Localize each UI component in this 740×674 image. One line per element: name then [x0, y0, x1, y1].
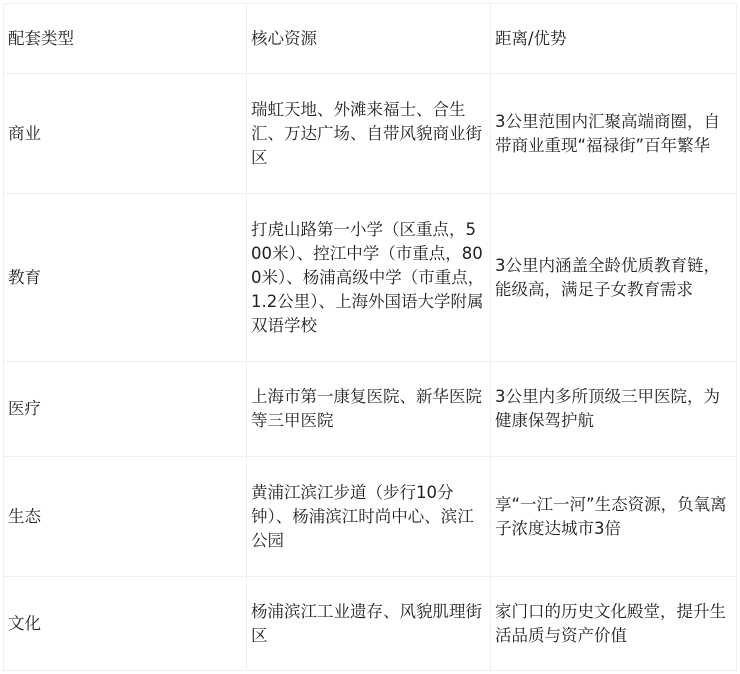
resources-cell: 黄浦江滨江步道（步行10分钟）、杨浦滨江时尚中心、滨江公园 — [247, 457, 491, 577]
advantage-cell: 享“一江一河”生态资源，负氧离子浓度达城市3倍 — [491, 457, 737, 577]
advantage-text: 享“一江一河”生态资源，负氧离子浓度达城市3倍 — [495, 493, 732, 541]
table-header-row: 配套类型 核心资源 距离/优势 — [4, 4, 737, 74]
type-cell: 商业 — [4, 74, 247, 194]
advantage-text: 3公里内多所顶级三甲医院，为健康保驾护航 — [495, 385, 732, 433]
table-row: 文化 杨浦滨江工业遗存、风貌肌理街区 家门口的历史文化殿堂，提升生活品质与资产价… — [4, 577, 737, 671]
resources-cell: 打虎山路第一小学（区重点，500米）、控江中学（市重点，800米）、杨浦高级中学… — [247, 194, 491, 362]
header-cell-resources: 核心资源 — [247, 4, 491, 74]
type-text: 医疗 — [8, 397, 242, 421]
resources-text: 打虎山路第一小学（区重点，500米）、控江中学（市重点，800米）、杨浦高级中学… — [251, 218, 486, 338]
advantage-text: 3公里范围内汇聚高端商圈，自带商业重现“福禄街”百年繁华 — [495, 110, 732, 158]
type-cell: 医疗 — [4, 362, 247, 457]
table-row: 教育 打虎山路第一小学（区重点，500米）、控江中学（市重点，800米）、杨浦高… — [4, 194, 737, 362]
type-text: 商业 — [8, 122, 242, 146]
header-label: 核心资源 — [251, 27, 486, 51]
resources-text: 瑞虹天地、外滩来福士、合生汇、万达广场、自带风貌商业街区 — [251, 98, 486, 170]
amenities-table: 配套类型 核心资源 距离/优势 商业 瑞虹天地、外滩来福士、合生汇、万达广场、自… — [3, 3, 737, 671]
type-cell: 教育 — [4, 194, 247, 362]
header-cell-advantage: 距离/优势 — [491, 4, 737, 74]
resources-cell: 杨浦滨江工业遗存、风貌肌理街区 — [247, 577, 491, 671]
advantage-cell: 3公里内多所顶级三甲医院，为健康保驾护航 — [491, 362, 737, 457]
type-cell: 文化 — [4, 577, 247, 671]
table-row: 生态 黄浦江滨江步道（步行10分钟）、杨浦滨江时尚中心、滨江公园 享“一江一河”… — [4, 457, 737, 577]
advantage-cell: 3公里范围内汇聚高端商圈，自带商业重现“福禄街”百年繁华 — [491, 74, 737, 194]
header-label: 配套类型 — [8, 27, 242, 51]
advantage-cell: 3公里内涵盖全龄优质教育链，能级高，满足子女教育需求 — [491, 194, 737, 362]
header-label: 距离/优势 — [495, 27, 732, 51]
advantage-text: 家门口的历史文化殿堂，提升生活品质与资产价值 — [495, 600, 732, 648]
table-row: 商业 瑞虹天地、外滩来福士、合生汇、万达广场、自带风貌商业街区 3公里范围内汇聚… — [4, 74, 737, 194]
type-text: 文化 — [8, 612, 242, 636]
resources-text: 上海市第一康复医院、新华医院等三甲医院 — [251, 385, 486, 433]
resources-text: 黄浦江滨江步道（步行10分钟）、杨浦滨江时尚中心、滨江公园 — [251, 481, 486, 553]
type-cell: 生态 — [4, 457, 247, 577]
advantage-text: 3公里内涵盖全龄优质教育链，能级高，满足子女教育需求 — [495, 254, 732, 302]
table-row: 医疗 上海市第一康复医院、新华医院等三甲医院 3公里内多所顶级三甲医院，为健康保… — [4, 362, 737, 457]
resources-cell: 上海市第一康复医院、新华医院等三甲医院 — [247, 362, 491, 457]
header-cell-type: 配套类型 — [4, 4, 247, 74]
resources-text: 杨浦滨江工业遗存、风貌肌理街区 — [251, 600, 486, 648]
type-text: 教育 — [8, 266, 242, 290]
type-text: 生态 — [8, 505, 242, 529]
advantage-cell: 家门口的历史文化殿堂，提升生活品质与资产价值 — [491, 577, 737, 671]
resources-cell: 瑞虹天地、外滩来福士、合生汇、万达广场、自带风貌商业街区 — [247, 74, 491, 194]
